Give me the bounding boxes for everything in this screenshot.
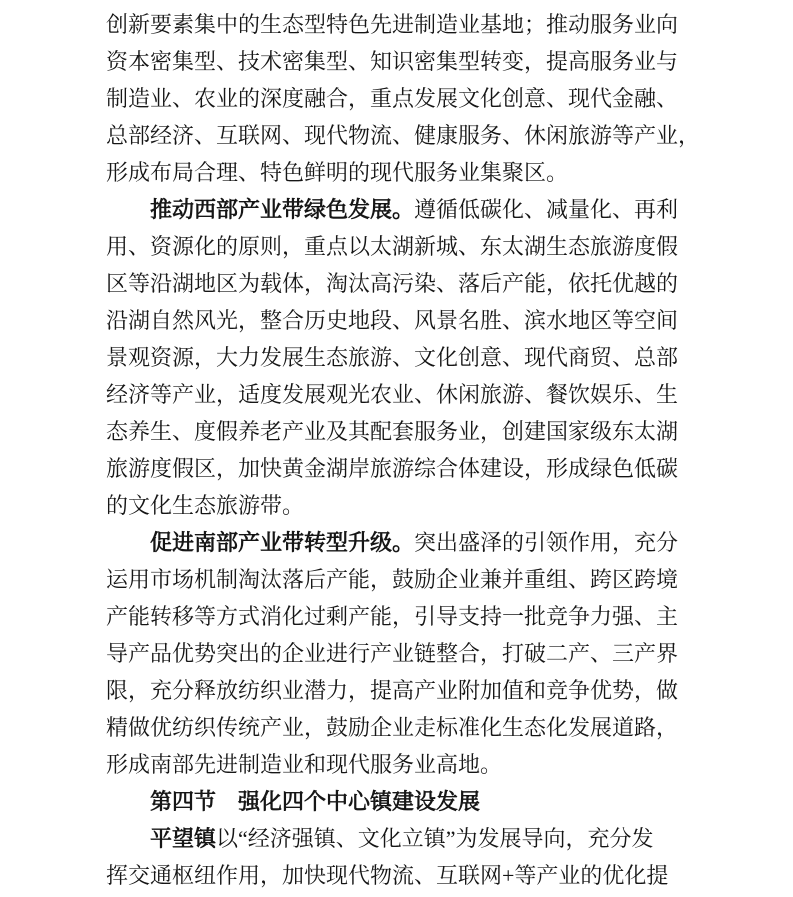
text-line: 区等沿湖地区为载体，淘汰高污染、落后产能，依托优越的 [106, 265, 706, 302]
text-line: 形成布局合理、特色鲜明的现代服务业集聚区。 [106, 154, 706, 191]
text-line: 总部经济、互联网、现代物流、健康服务、休闲旅游等产业， [106, 117, 706, 154]
text-line: 挥交通枢纽作用，加快现代物流、互联网+等产业的优化提 [106, 857, 706, 894]
text-segment: 态养生、度假养老产业及其配套服务业，创建国家级东太湖 [106, 419, 678, 444]
bold-text-segment: 推动西部产业带绿色发展。 [150, 197, 414, 222]
text-segment: 产能转移等方式消化过剩产能，引导支持一批竞争力强、主 [106, 604, 678, 629]
text-line: 用、资源化的原则，重点以太湖新城、东太湖生态旅游度假 [106, 228, 706, 265]
text-segment: 形成布局合理、特色鲜明的现代服务业集聚区。 [106, 160, 568, 185]
text-line: 精做优纺织传统产业，鼓励企业走标准化生态化发展道路， [106, 709, 706, 746]
text-segment: 创新要素集中的生态型特色先进制造业基地；推动服务业向 [106, 12, 678, 37]
text-block: 创新要素集中的生态型特色先进制造业基地；推动服务业向资本密集型、技术密集型、知识… [106, 6, 706, 894]
bold-text-segment: 第四节 强化四个中心镇建设发展 [150, 789, 480, 814]
text-line: 态养生、度假养老产业及其配套服务业，创建国家级东太湖 [106, 413, 706, 450]
text-line: 资本密集型、技术密集型、知识密集型转变，提高服务业与 [106, 43, 706, 80]
text-line: 的文化生态旅游带。 [106, 487, 706, 524]
text-line: 景观资源，大力发展生态旅游、文化创意、现代商贸、总部 [106, 339, 706, 376]
document-page: 创新要素集中的生态型特色先进制造业基地；推动服务业向资本密集型、技术密集型、知识… [0, 0, 793, 897]
text-line: 导产品优势突出的企业进行产业链整合，打破二产、三产界 [106, 635, 706, 672]
bold-text-segment: 促进南部产业带转型升级。 [150, 530, 414, 555]
text-segment: 突出盛泽的引领作用，充分 [414, 530, 678, 555]
text-segment: 旅游度假区，加快黄金湖岸旅游综合体建设，形成绿色低碳 [106, 456, 678, 481]
text-segment: 资本密集型、技术密集型、知识密集型转变，提高服务业与 [106, 49, 678, 74]
text-segment: 挥交通枢纽作用，加快现代物流、互联网+等产业的优化提 [106, 863, 668, 888]
text-segment: 经济等产业，适度发展观光农业、休闲旅游、餐饮娱乐、生 [106, 382, 678, 407]
text-segment: 遵循低碳化、减量化、再利 [414, 197, 678, 222]
text-segment: 沿湖自然风光，整合历史地段、风景名胜、滨水地区等空间 [106, 308, 678, 333]
text-line: 制造业、农业的深度融合，重点发展文化创意、现代金融、 [106, 80, 706, 117]
text-segment: 限，充分释放纺织业潜力，提高产业附加值和竞争优势，做 [106, 678, 678, 703]
text-line: 经济等产业，适度发展观光农业、休闲旅游、餐饮娱乐、生 [106, 376, 706, 413]
bold-text-segment: 平望镇 [150, 826, 216, 851]
text-line: 旅游度假区，加快黄金湖岸旅游综合体建设，形成绿色低碳 [106, 450, 706, 487]
text-line: 创新要素集中的生态型特色先进制造业基地；推动服务业向 [106, 6, 706, 43]
text-line: 产能转移等方式消化过剩产能，引导支持一批竞争力强、主 [106, 598, 706, 635]
text-segment: 用、资源化的原则，重点以太湖新城、东太湖生态旅游度假 [106, 234, 678, 259]
text-segment: 的文化生态旅游带。 [106, 493, 304, 518]
text-segment: 总部经济、互联网、现代物流、健康服务、休闲旅游等产业， [106, 123, 700, 148]
text-line: 形成南部先进制造业和现代服务业高地。 [106, 746, 706, 783]
text-line: 运用市场机制淘汰落后产能，鼓励企业兼并重组、跨区跨境 [106, 561, 706, 598]
text-segment: 景观资源，大力发展生态旅游、文化创意、现代商贸、总部 [106, 345, 678, 370]
text-line: 平望镇以“经济强镇、文化立镇”为发展导向，充分发 [106, 820, 706, 857]
text-segment: 以“经济强镇、文化立镇”为发展导向，充分发 [216, 826, 654, 851]
text-line: 沿湖自然风光，整合历史地段、风景名胜、滨水地区等空间 [106, 302, 706, 339]
text-line: 限，充分释放纺织业潜力，提高产业附加值和竞争优势，做 [106, 672, 706, 709]
text-line: 推动西部产业带绿色发展。遵循低碳化、减量化、再利 [106, 191, 706, 228]
text-segment: 形成南部先进制造业和现代服务业高地。 [106, 752, 502, 777]
text-segment: 制造业、农业的深度融合，重点发展文化创意、现代金融、 [106, 86, 678, 111]
text-segment: 精做优纺织传统产业，鼓励企业走标准化生态化发展道路， [106, 715, 678, 740]
text-segment: 运用市场机制淘汰落后产能，鼓励企业兼并重组、跨区跨境 [106, 567, 678, 592]
text-segment: 区等沿湖地区为载体，淘汰高污染、落后产能，依托优越的 [106, 271, 678, 296]
section-heading: 第四节 强化四个中心镇建设发展 [106, 783, 706, 820]
text-line: 促进南部产业带转型升级。突出盛泽的引领作用，充分 [106, 524, 706, 561]
text-segment: 导产品优势突出的企业进行产业链整合，打破二产、三产界 [106, 641, 678, 666]
